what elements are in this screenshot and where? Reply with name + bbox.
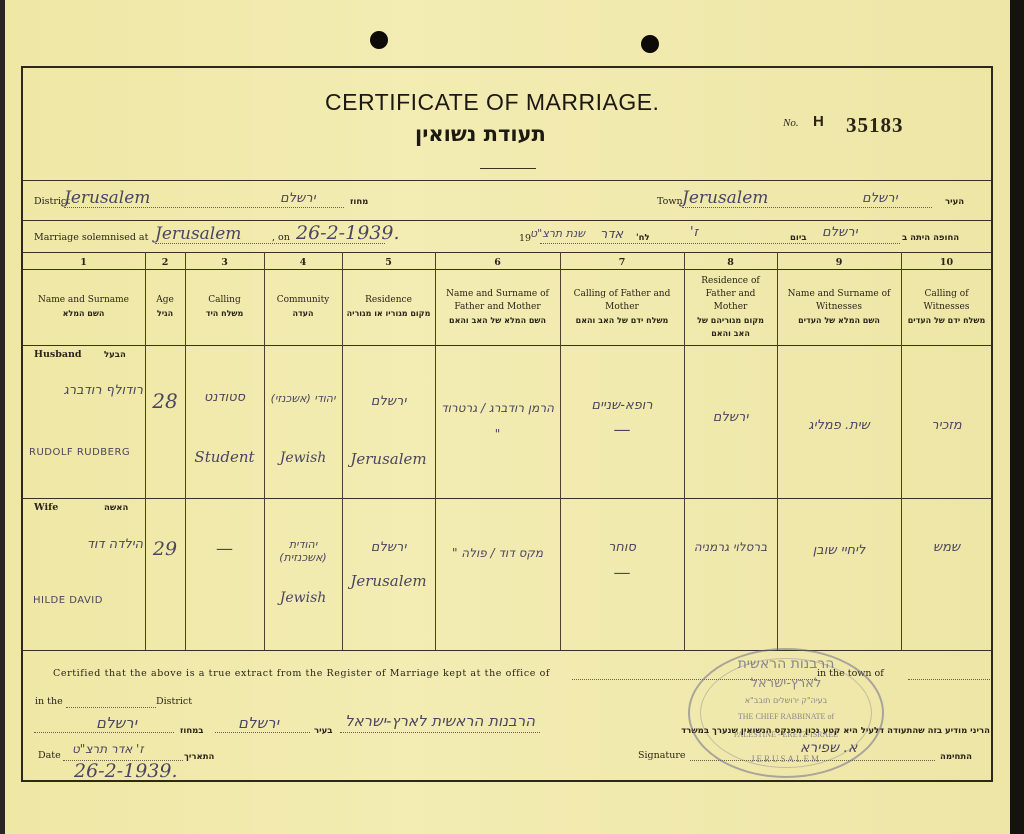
certificate-number: 35183 xyxy=(846,113,904,138)
wife-label-hebrew: האשה xyxy=(104,503,128,513)
dotted-line xyxy=(66,707,156,708)
stamp-line-5: PALESTINE - ERETZ-ISRAEL xyxy=(690,730,882,739)
column-header-residence: Residence מקום מגוריו או מגוריה xyxy=(346,272,431,342)
divider xyxy=(22,220,992,221)
column-header-he: השם המלא של העדים xyxy=(798,314,880,327)
footer-office-value-hebrew: הרבנות הראשית לארץ-ישראל xyxy=(340,712,540,730)
column-header-en: Calling of Witnesses xyxy=(905,288,988,314)
husband-parents-residence: ירשלם xyxy=(684,410,777,425)
punch-hole-left xyxy=(370,31,388,49)
number-series: H xyxy=(813,113,824,130)
column-header-en: Name and Surname of Witnesses xyxy=(781,288,897,314)
solemnised-place: Jerusalem xyxy=(155,224,241,244)
column-header-he: משלח ידם של העדים xyxy=(908,314,986,327)
year-hebrew: שנת תרצ"ט xyxy=(530,227,585,240)
column-number: 4 xyxy=(264,257,342,268)
day-value-hebrew: ז' xyxy=(690,225,698,240)
column-header-en: Calling of Father and Mother xyxy=(564,288,680,314)
divider xyxy=(22,498,992,499)
column-header-en: Name and Surname of Father and Mother xyxy=(439,288,556,314)
column-header-en: Residence of Father and Mother xyxy=(688,275,773,314)
wife-community-english: Jewish xyxy=(264,590,342,606)
wife-residence-english: Jerusalem xyxy=(342,572,435,590)
title-hebrew: תעודת נשואין xyxy=(415,122,546,146)
column-header-en: Name and Surname xyxy=(38,294,129,307)
date-label: Date xyxy=(38,750,61,761)
column-number: 1 xyxy=(22,257,145,268)
husband-name-english: RUDOLF RUDBERG xyxy=(29,447,130,458)
stamp-line-2: לארץ-ישראל xyxy=(690,676,882,691)
stamp-line-6: JERUSALEM xyxy=(690,754,882,764)
husband-parents-calling: רופא-שניים xyxy=(560,398,684,413)
column-header-age: Age הגיל xyxy=(145,272,185,342)
divider xyxy=(22,180,992,181)
column-divider xyxy=(435,252,436,650)
dotted-line xyxy=(340,732,540,733)
wife-community-hebrew: יהודית (אשכנזית) xyxy=(264,538,342,564)
district-label-hebrew: מחוז xyxy=(350,197,368,207)
husband-label: Husband xyxy=(34,349,82,360)
column-number: 6 xyxy=(435,257,560,268)
date-value-hebrew: ז' אדר תרצ"ט xyxy=(72,742,144,756)
husband-calling-english: Student xyxy=(185,448,264,466)
wife-parents-calling-2: — xyxy=(560,563,684,583)
footer-district-label-hebrew: במחוז xyxy=(180,726,204,736)
dotted-line xyxy=(908,679,990,680)
column-header-he: משלח היד xyxy=(206,307,244,320)
column-header-name: Name and Surname השם המלא xyxy=(26,272,141,342)
column-header-he: הגיל xyxy=(157,307,173,320)
punch-hole-right xyxy=(641,35,659,53)
footer-town-label-hebrew: בעיר xyxy=(314,726,332,736)
stamp-line-4: THE CHIEF RABBINATE of xyxy=(690,712,882,721)
husband-residence-hebrew: ירשלם xyxy=(342,394,435,409)
title-english: CERTIFICATE OF MARRIAGE. xyxy=(325,89,659,116)
wife-name-hebrew: הילדה דוד xyxy=(28,537,143,552)
column-number: 3 xyxy=(185,257,264,268)
town-label-hebrew: העיר xyxy=(945,197,964,207)
signature-label-hebrew: התחימה xyxy=(940,752,972,762)
husband-age: 28 xyxy=(145,389,185,413)
dotted-line xyxy=(215,732,310,733)
column-header-he: השם המלא של האב והאם xyxy=(449,314,546,327)
divider xyxy=(22,650,992,651)
column-header-parents-name: Name and Surname of Father and Mother הש… xyxy=(439,272,556,342)
column-header-en: Calling xyxy=(208,294,240,307)
town-value-hebrew: ירשלם xyxy=(862,191,897,206)
column-header-witnesses: Name and Surname of Witnesses השם המלא ש… xyxy=(781,272,897,342)
wife-name-english: HILDE DAVID xyxy=(33,595,103,606)
wife-parents-residence: ברסלוי גרמניה xyxy=(684,540,777,554)
wife-parents-calling: סוחר xyxy=(560,540,684,555)
husband-label-hebrew: הבעל xyxy=(104,350,126,360)
column-header-en: Residence xyxy=(365,294,412,307)
town-value: Jerusalem xyxy=(682,188,768,208)
dotted-line xyxy=(34,732,174,733)
date-label-hebrew: התאריך xyxy=(184,752,214,762)
husband-residence-english: Jerusalem xyxy=(342,450,435,468)
wife-witness-calling: שמש xyxy=(901,540,992,555)
wedding-label-hebrew: החופה היתה ב xyxy=(902,233,959,243)
month-hebrew: אדר xyxy=(600,227,623,242)
husband-community-hebrew: יהודי (אשכנזי) xyxy=(264,392,342,405)
column-header-parents-residence: Residence of Father and Mother מקום מגור… xyxy=(688,272,773,342)
district-value: Jerusalem xyxy=(64,188,150,208)
dotted-line xyxy=(682,207,932,208)
certified-text: Certified that the above is a true extra… xyxy=(53,668,550,679)
husband-community-english: Jewish xyxy=(264,450,342,466)
column-header-community: Community העדה xyxy=(264,272,342,342)
column-header-en: Age xyxy=(156,294,174,307)
scan-edge-left xyxy=(0,0,5,834)
column-number: 7 xyxy=(560,257,684,268)
column-number: 2 xyxy=(145,257,185,268)
footer-town-value-hebrew: ירשלם xyxy=(238,714,279,732)
husband-witness-calling: מזכיר xyxy=(901,418,992,433)
column-divider xyxy=(901,252,902,650)
column-number: 10 xyxy=(901,257,992,268)
husband-name-hebrew: רודולף רודברג xyxy=(28,383,143,398)
column-header-en: Community xyxy=(277,294,330,307)
husband-calling-hebrew: סטודנט xyxy=(185,390,264,405)
wife-witness: ליחיי שובן xyxy=(777,543,901,558)
date-value: 26-2-1939. xyxy=(74,760,178,782)
wife-calling: — xyxy=(185,539,264,559)
solemnised-on-label: , on xyxy=(272,232,290,243)
column-divider xyxy=(777,252,778,650)
solemnised-label: Marriage solemnised at xyxy=(34,232,148,243)
district-footer-label: District xyxy=(156,696,192,707)
in-the-label: in the xyxy=(35,696,63,707)
column-header-he: השם המלא xyxy=(63,307,105,320)
wife-age: 29 xyxy=(145,538,185,560)
wedding-place-hebrew: ירשלם xyxy=(822,225,857,240)
column-divider xyxy=(684,252,685,650)
wife-residence-hebrew: ירשלם xyxy=(342,540,435,555)
day-label-hebrew: ביום xyxy=(790,233,807,243)
column-header-calling: Calling משלח היד xyxy=(185,272,264,342)
scan-edge-right xyxy=(1010,0,1024,834)
column-header-he: משלח ידם של האב והאם xyxy=(576,314,669,327)
month-label-hebrew: לח' xyxy=(636,233,650,243)
column-number: 8 xyxy=(684,257,777,268)
number-label: No. xyxy=(783,117,799,129)
column-header-he: מקום מגוריו או מגוריה xyxy=(347,307,431,320)
stamp-line-3: בעיה"ק ירושלים תובב"א xyxy=(690,696,882,705)
dotted-line xyxy=(540,243,900,244)
wife-label: Wife xyxy=(34,502,58,513)
divider xyxy=(22,269,992,270)
title-ornament xyxy=(480,168,536,169)
solemnised-date: 26-2-1939. xyxy=(296,222,400,244)
signature-label: Signature xyxy=(638,750,686,761)
dotted-line xyxy=(64,207,344,208)
footer-district-value-hebrew: ירשלם xyxy=(96,714,137,732)
column-header-he: העדה xyxy=(292,307,313,320)
divider xyxy=(22,252,992,253)
husband-parents-name: הרמן רודברג / גרטרוד " xyxy=(440,395,555,447)
column-header-witnesses-calling: Calling of Witnesses משלח ידם של העדים xyxy=(905,272,988,342)
column-header-parents-calling: Calling of Father and Mother משלח ידם של… xyxy=(564,272,680,342)
husband-parents-calling-2: — xyxy=(560,420,684,440)
stamp-line-1: הרבנות הראשית xyxy=(690,656,882,672)
dotted-line xyxy=(155,243,385,244)
column-number: 9 xyxy=(777,257,901,268)
wife-parents-name: מקס דוד / פולה " xyxy=(440,540,555,566)
district-value-hebrew: ירשלם xyxy=(280,191,315,206)
divider xyxy=(22,345,992,346)
column-divider xyxy=(560,252,561,650)
town-label: Town xyxy=(657,196,683,207)
rabbinate-stamp: הרבנות הראשית לארץ-ישראל בעיה"ק ירושלים … xyxy=(688,648,884,778)
column-number: 5 xyxy=(342,257,435,268)
column-header-he: מקום מגוריהם של האב והאם xyxy=(688,314,773,340)
husband-witness: שית. פמליג xyxy=(777,418,901,433)
